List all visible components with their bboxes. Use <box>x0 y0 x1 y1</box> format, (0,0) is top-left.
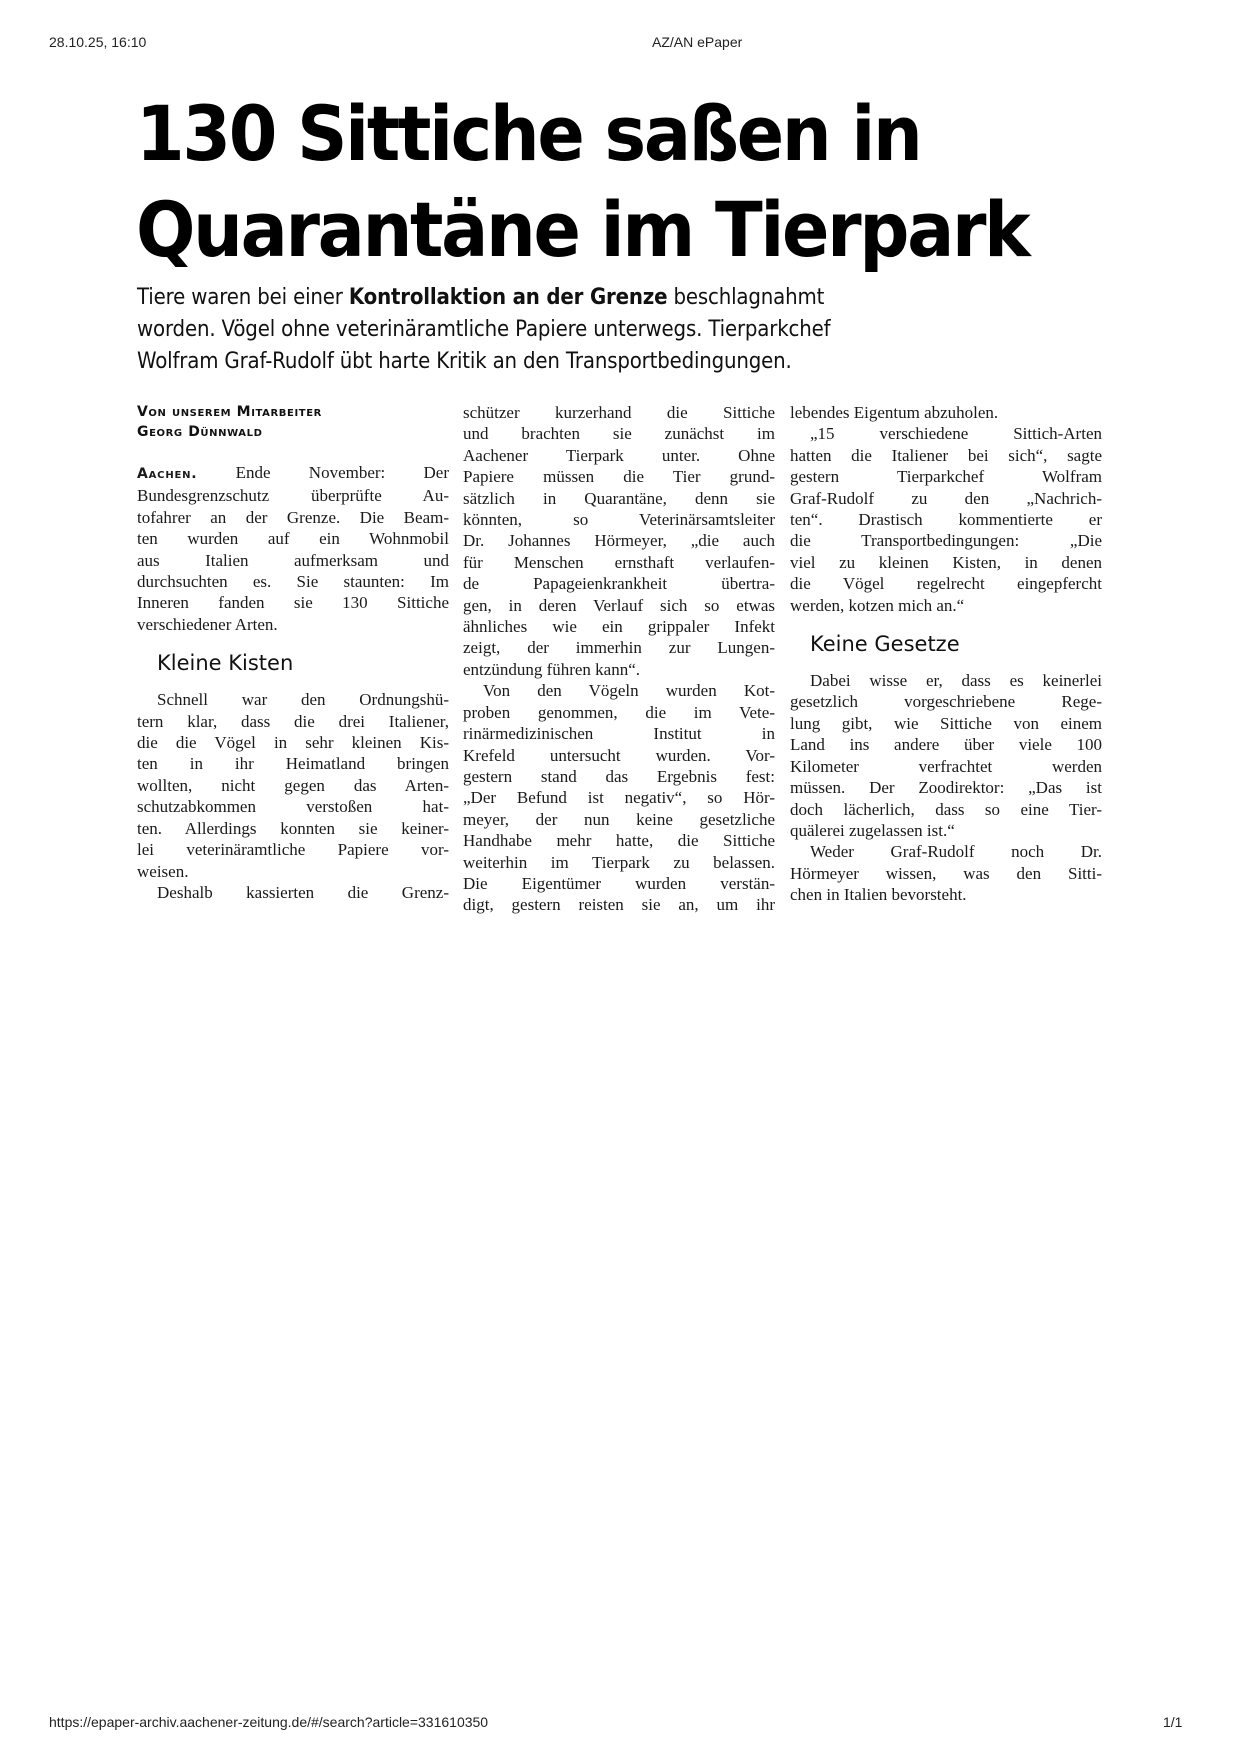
text-line: Krefeld untersucht wurden. Vor- <box>463 745 775 766</box>
text-line: ten in ihr Heimatland bringen <box>137 753 449 774</box>
text-line: Kilometer verfrachtet werden <box>790 756 1102 777</box>
headline-line-2: Quarantäne im Tierpark <box>136 182 1019 278</box>
paragraph: schützer kurzerhand die Sittiche und bra… <box>463 402 775 680</box>
text-line: schutzabkommen verstoßen hat- <box>137 796 449 817</box>
intro-paragraph: Aachen. Ende November: Der Bundesgrenzsc… <box>137 462 449 635</box>
article-column-3: lebendes Eigentum abzuholen. „15 verschi… <box>790 402 1102 906</box>
dateline: Aachen. <box>137 466 197 482</box>
text-line: Papiere müssen die Tier grund- <box>463 466 775 487</box>
deck-text: beschlagnahmt <box>667 285 824 310</box>
text-line: Dabei wisse er, dass es keinerlei <box>790 670 1102 691</box>
text-line: chen in Italien bevorsteht. <box>790 884 1102 905</box>
text-line: und brachten sie zunächst im <box>463 423 775 444</box>
text-line: viel zu kleinen Kisten, in denen <box>790 552 1102 573</box>
text-line: gesetzlich vorgeschriebene Rege- <box>790 691 1102 712</box>
text-line: ten“. Drastisch kommentierte er <box>790 509 1102 530</box>
text-line: tern klar, dass die drei Italiener, <box>137 711 449 732</box>
print-source-url: https://epaper-archiv.aachener-zeitung.d… <box>49 1714 488 1730</box>
text-line: die Transportbedingungen: „Die <box>790 530 1102 551</box>
text-line: meyer, der nun keine gesetzliche <box>463 809 775 830</box>
text-line: lei veterinäramtliche Papiere vor- <box>137 839 449 860</box>
text-line: Deshalb kassierten die Grenz- <box>137 882 449 903</box>
byline: Von unserem Mitarbeiter Georg Dünnwald <box>137 402 449 442</box>
text-line: Bundesgrenzschutz überprüfte Au- <box>137 485 449 506</box>
text-line: Schnell war den Ordnungshü- <box>137 689 449 710</box>
text-line: lung gibt, wie Sittiche von einem <box>790 713 1102 734</box>
text-line: tofahrer an der Grenze. Die Beam- <box>137 507 449 528</box>
text-line: sätzlich in Quarantäne, denn sie <box>463 488 775 509</box>
paragraph: Von den Vögeln wurden Kot- proben genomm… <box>463 680 775 915</box>
text-line: Graf-Rudolf zu den „Nachrich- <box>790 488 1102 509</box>
article-column-1: Von unserem Mitarbeiter Georg Dünnwald A… <box>137 402 449 903</box>
text-line: verschiedener Arten. <box>137 614 449 635</box>
print-page-number: 1/1 <box>1163 1714 1182 1730</box>
text-line: für Menschen ernsthaft verlaufen- <box>463 552 775 573</box>
text-line: de Papageienkrankheit übertra- <box>463 573 775 594</box>
byline-author: Georg Dünnwald <box>137 422 449 442</box>
article-deck: Tiere waren bei einer Kontrollaktion an … <box>137 282 929 378</box>
text-line: schützer kurzerhand die Sittiche <box>463 402 775 423</box>
text-line: „15 verschiedene Sittich-Arten <box>790 423 1102 444</box>
subheading-keine-gesetze: Keine Gesetze <box>810 630 1102 658</box>
text-line: „Der Befund ist negativ“, so Hör- <box>463 787 775 808</box>
text-line: quälerei zugelassen ist.“ <box>790 820 1102 841</box>
text-line: gestern stand das Ergebnis fest: <box>463 766 775 787</box>
text-line: gen, in deren Verlauf sich so etwas <box>463 595 775 616</box>
text-line: Inneren fanden sie 130 Sittiche <box>137 592 449 613</box>
deck-line-3: Wolfram Graf-Rudolf übt harte Kritik an … <box>137 346 929 378</box>
deck-line-1: Tiere waren bei einer Kontrollaktion an … <box>137 282 929 314</box>
text-line: weisen. <box>137 861 449 882</box>
paragraph: lebendes Eigentum abzuholen. <box>790 402 1102 423</box>
text-line: digt, gestern reisten sie an, um ihr <box>463 894 775 915</box>
text-line: ten wurden auf ein Wohnmobil <box>137 528 449 549</box>
paragraph: Schnell war den Ordnungshü- tern klar, d… <box>137 689 449 882</box>
text-line: werden, kotzen mich an.“ <box>790 595 1102 616</box>
text-line: Von den Vögeln wurden Kot- <box>463 680 775 701</box>
text-line: Weder Graf-Rudolf noch Dr. <box>790 841 1102 862</box>
text-line: müssen. Der Zoodirektor: „Das ist <box>790 777 1102 798</box>
text: Ende November: Der <box>197 463 449 482</box>
text-line: Dr. Johannes Hörmeyer, „die auch <box>463 530 775 551</box>
text-line: Aachen. Ende November: Der <box>137 462 449 485</box>
paragraph: Deshalb kassierten die Grenz- <box>137 882 449 903</box>
article-headline: 130 Sittiche saßen in Quarantäne im Tier… <box>136 86 1019 278</box>
text-line: die die Vögel in sehr kleinen Kis- <box>137 732 449 753</box>
deck-emphasis: Kontrollaktion an der Grenze <box>349 285 668 310</box>
text-line: könnten, so Veterinärsamtsleiter <box>463 509 775 530</box>
paragraph: Weder Graf-Rudolf noch Dr. Hörmeyer wiss… <box>790 841 1102 905</box>
text-line: hatten die Italiener bei sich“, sagte <box>790 445 1102 466</box>
text-line: Die Eigentümer wurden verstän- <box>463 873 775 894</box>
byline-role: Von unserem Mitarbeiter <box>137 402 449 422</box>
article-column-2: schützer kurzerhand die Sittiche und bra… <box>463 402 775 916</box>
text-line: entzündung führen kann“. <box>463 659 775 680</box>
deck-line-2: worden. Vögel ohne veterinäramtliche Pap… <box>137 314 929 346</box>
subheading-kleine-kisten: Kleine Kisten <box>157 649 449 677</box>
print-datetime: 28.10.25, 16:10 <box>49 34 146 50</box>
text-line: durchsuchten es. Sie staunten: Im <box>137 571 449 592</box>
text-line: doch lächerlich, dass so eine Tier- <box>790 799 1102 820</box>
text-line: proben genommen, die im Vete- <box>463 702 775 723</box>
text-line: weiterhin im Tierpark zu belassen. <box>463 852 775 873</box>
headline-line-1: 130 Sittiche saßen in <box>136 86 1019 182</box>
text-line: gestern Tierparkchef Wolfram <box>790 466 1102 487</box>
text-line: wollten, nicht gegen das Arten- <box>137 775 449 796</box>
text-line: aus Italien aufmerksam und <box>137 550 449 571</box>
text-line: zeigt, der immerhin zur Lungen- <box>463 637 775 658</box>
text-line: ten. Allerdings konnten sie keiner- <box>137 818 449 839</box>
text-line: Land ins andere über viele 100 <box>790 734 1102 755</box>
text-line: die Vögel regelrecht eingepfercht <box>790 573 1102 594</box>
text-line: Aachener Tierpark unter. Ohne <box>463 445 775 466</box>
text-line: Handhabe mehr hatte, die Sittiche <box>463 830 775 851</box>
paragraph: Dabei wisse er, dass es keinerlei gesetz… <box>790 670 1102 841</box>
text-line: lebendes Eigentum abzuholen. <box>790 402 1102 423</box>
text-line: Hörmeyer wissen, was den Sitti- <box>790 863 1102 884</box>
text-line: rinärmedizinischen Institut in <box>463 723 775 744</box>
paragraph: „15 verschiedene Sittich-Arten hatten di… <box>790 423 1102 616</box>
text-line: ähnliches wie ein grippaler Infekt <box>463 616 775 637</box>
deck-text: Tiere waren bei einer <box>137 285 349 310</box>
print-page-title: AZ/AN ePaper <box>652 34 742 50</box>
